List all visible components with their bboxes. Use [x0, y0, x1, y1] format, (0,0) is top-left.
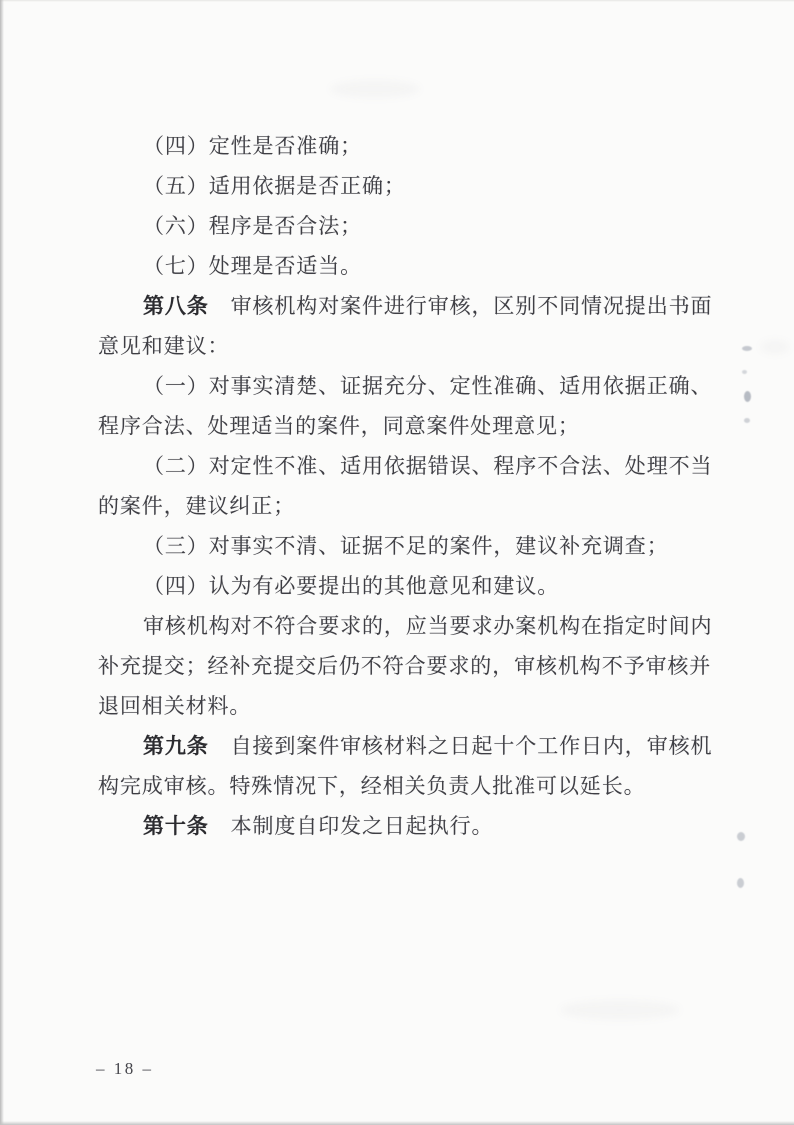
clause-item-7: （七）处理是否适当。	[98, 246, 712, 286]
line-text: 本制度自印发之日起执行。	[209, 814, 494, 838]
line-text: （七）处理是否适当。	[143, 254, 362, 278]
line-text: 程序合法、处理适当的案件，同意案件处理意见；	[98, 414, 580, 438]
line-text: （一）对事实清楚、证据充分、定性准确、适用依据正确、	[143, 374, 712, 398]
scan-artifact	[737, 832, 745, 841]
scan-artifact	[742, 370, 747, 374]
scan-artifact	[742, 346, 752, 351]
line-text: （四）定性是否准确；	[143, 134, 362, 158]
line-text: 构完成审核。特殊情况下，经相关负责人批准可以延长。	[98, 774, 646, 798]
line-text: 自接到案件审核材料之日起十个工作日内，审核机	[209, 734, 713, 758]
scan-smudge	[560, 1000, 680, 1020]
scan-smudge	[760, 340, 790, 354]
line-text: （六）程序是否合法；	[143, 214, 362, 238]
scan-artifact	[737, 878, 744, 888]
subitem-2-line-2: 的案件，建议纠正；	[98, 486, 712, 526]
article-8-line-2: 意见和建议：	[98, 326, 712, 366]
line-text: 意见和建议：	[98, 334, 229, 358]
scan-smudge	[330, 80, 420, 98]
paragraph-line-1: 审核机构对不符合要求的，应当要求办案机构在指定时间内	[98, 606, 712, 646]
scan-edge-bottom	[0, 1121, 794, 1125]
scan-artifact	[744, 391, 751, 402]
subitem-1-line-1: （一）对事实清楚、证据充分、定性准确、适用依据正确、	[98, 366, 712, 406]
document-body: （四）定性是否准确； （五）适用依据是否正确； （六）程序是否合法； （七）处理…	[98, 126, 712, 846]
clause-item-5: （五）适用依据是否正确；	[98, 166, 712, 206]
clause-item-4: （四）定性是否准确；	[98, 126, 712, 166]
line-text: （三）对事实不清、证据不足的案件，建议补充调查；	[143, 534, 669, 558]
subitem-2-line-1: （二）对定性不准、适用依据错误、程序不合法、处理不当	[98, 446, 712, 486]
subitem-1-line-2: 程序合法、处理适当的案件，同意案件处理意见；	[98, 406, 712, 446]
paragraph-line-2: 补充提交；经补充提交后仍不符合要求的，审核机构不予审核并	[98, 646, 712, 686]
line-text: （二）对定性不准、适用依据错误、程序不合法、处理不当	[143, 454, 712, 478]
scan-artifact	[744, 418, 750, 423]
clause-item-6: （六）程序是否合法；	[98, 206, 712, 246]
line-text: 审核机构对不符合要求的，应当要求办案机构在指定时间内	[143, 614, 712, 638]
subitem-4: （四）认为有必要提出的其他意见和建议。	[98, 566, 712, 606]
scanned-document-page: （四）定性是否准确； （五）适用依据是否正确； （六）程序是否合法； （七）处理…	[0, 0, 794, 1125]
article-8-term: 第八条	[143, 294, 209, 318]
line-text: （五）适用依据是否正确；	[143, 174, 406, 198]
scan-edge-left	[0, 0, 4, 1125]
scan-edge-top	[0, 0, 794, 2]
line-text: 审核机构对案件进行审核，区别不同情况提出书面	[209, 294, 713, 318]
article-9-line-2: 构完成审核。特殊情况下，经相关负责人批准可以延长。	[98, 766, 712, 806]
line-text: 的案件，建议纠正；	[98, 494, 295, 518]
page-number: – 18 –	[96, 1059, 154, 1079]
article-8-line-1: 第八条 审核机构对案件进行审核，区别不同情况提出书面	[98, 286, 712, 326]
paragraph-line-3: 退回相关材料。	[98, 686, 712, 726]
line-text: 补充提交；经补充提交后仍不符合要求的，审核机构不予审核并	[98, 654, 711, 678]
subitem-3: （三）对事实不清、证据不足的案件，建议补充调查；	[98, 526, 712, 566]
article-9-line-1: 第九条 自接到案件审核材料之日起十个工作日内，审核机	[98, 726, 712, 766]
line-text: （四）认为有必要提出的其他意见和建议。	[143, 574, 559, 598]
article-10-line: 第十条 本制度自印发之日起执行。	[98, 806, 712, 846]
article-9-term: 第九条	[143, 734, 209, 758]
article-10-term: 第十条	[143, 814, 209, 838]
line-text: 退回相关材料。	[98, 694, 251, 718]
